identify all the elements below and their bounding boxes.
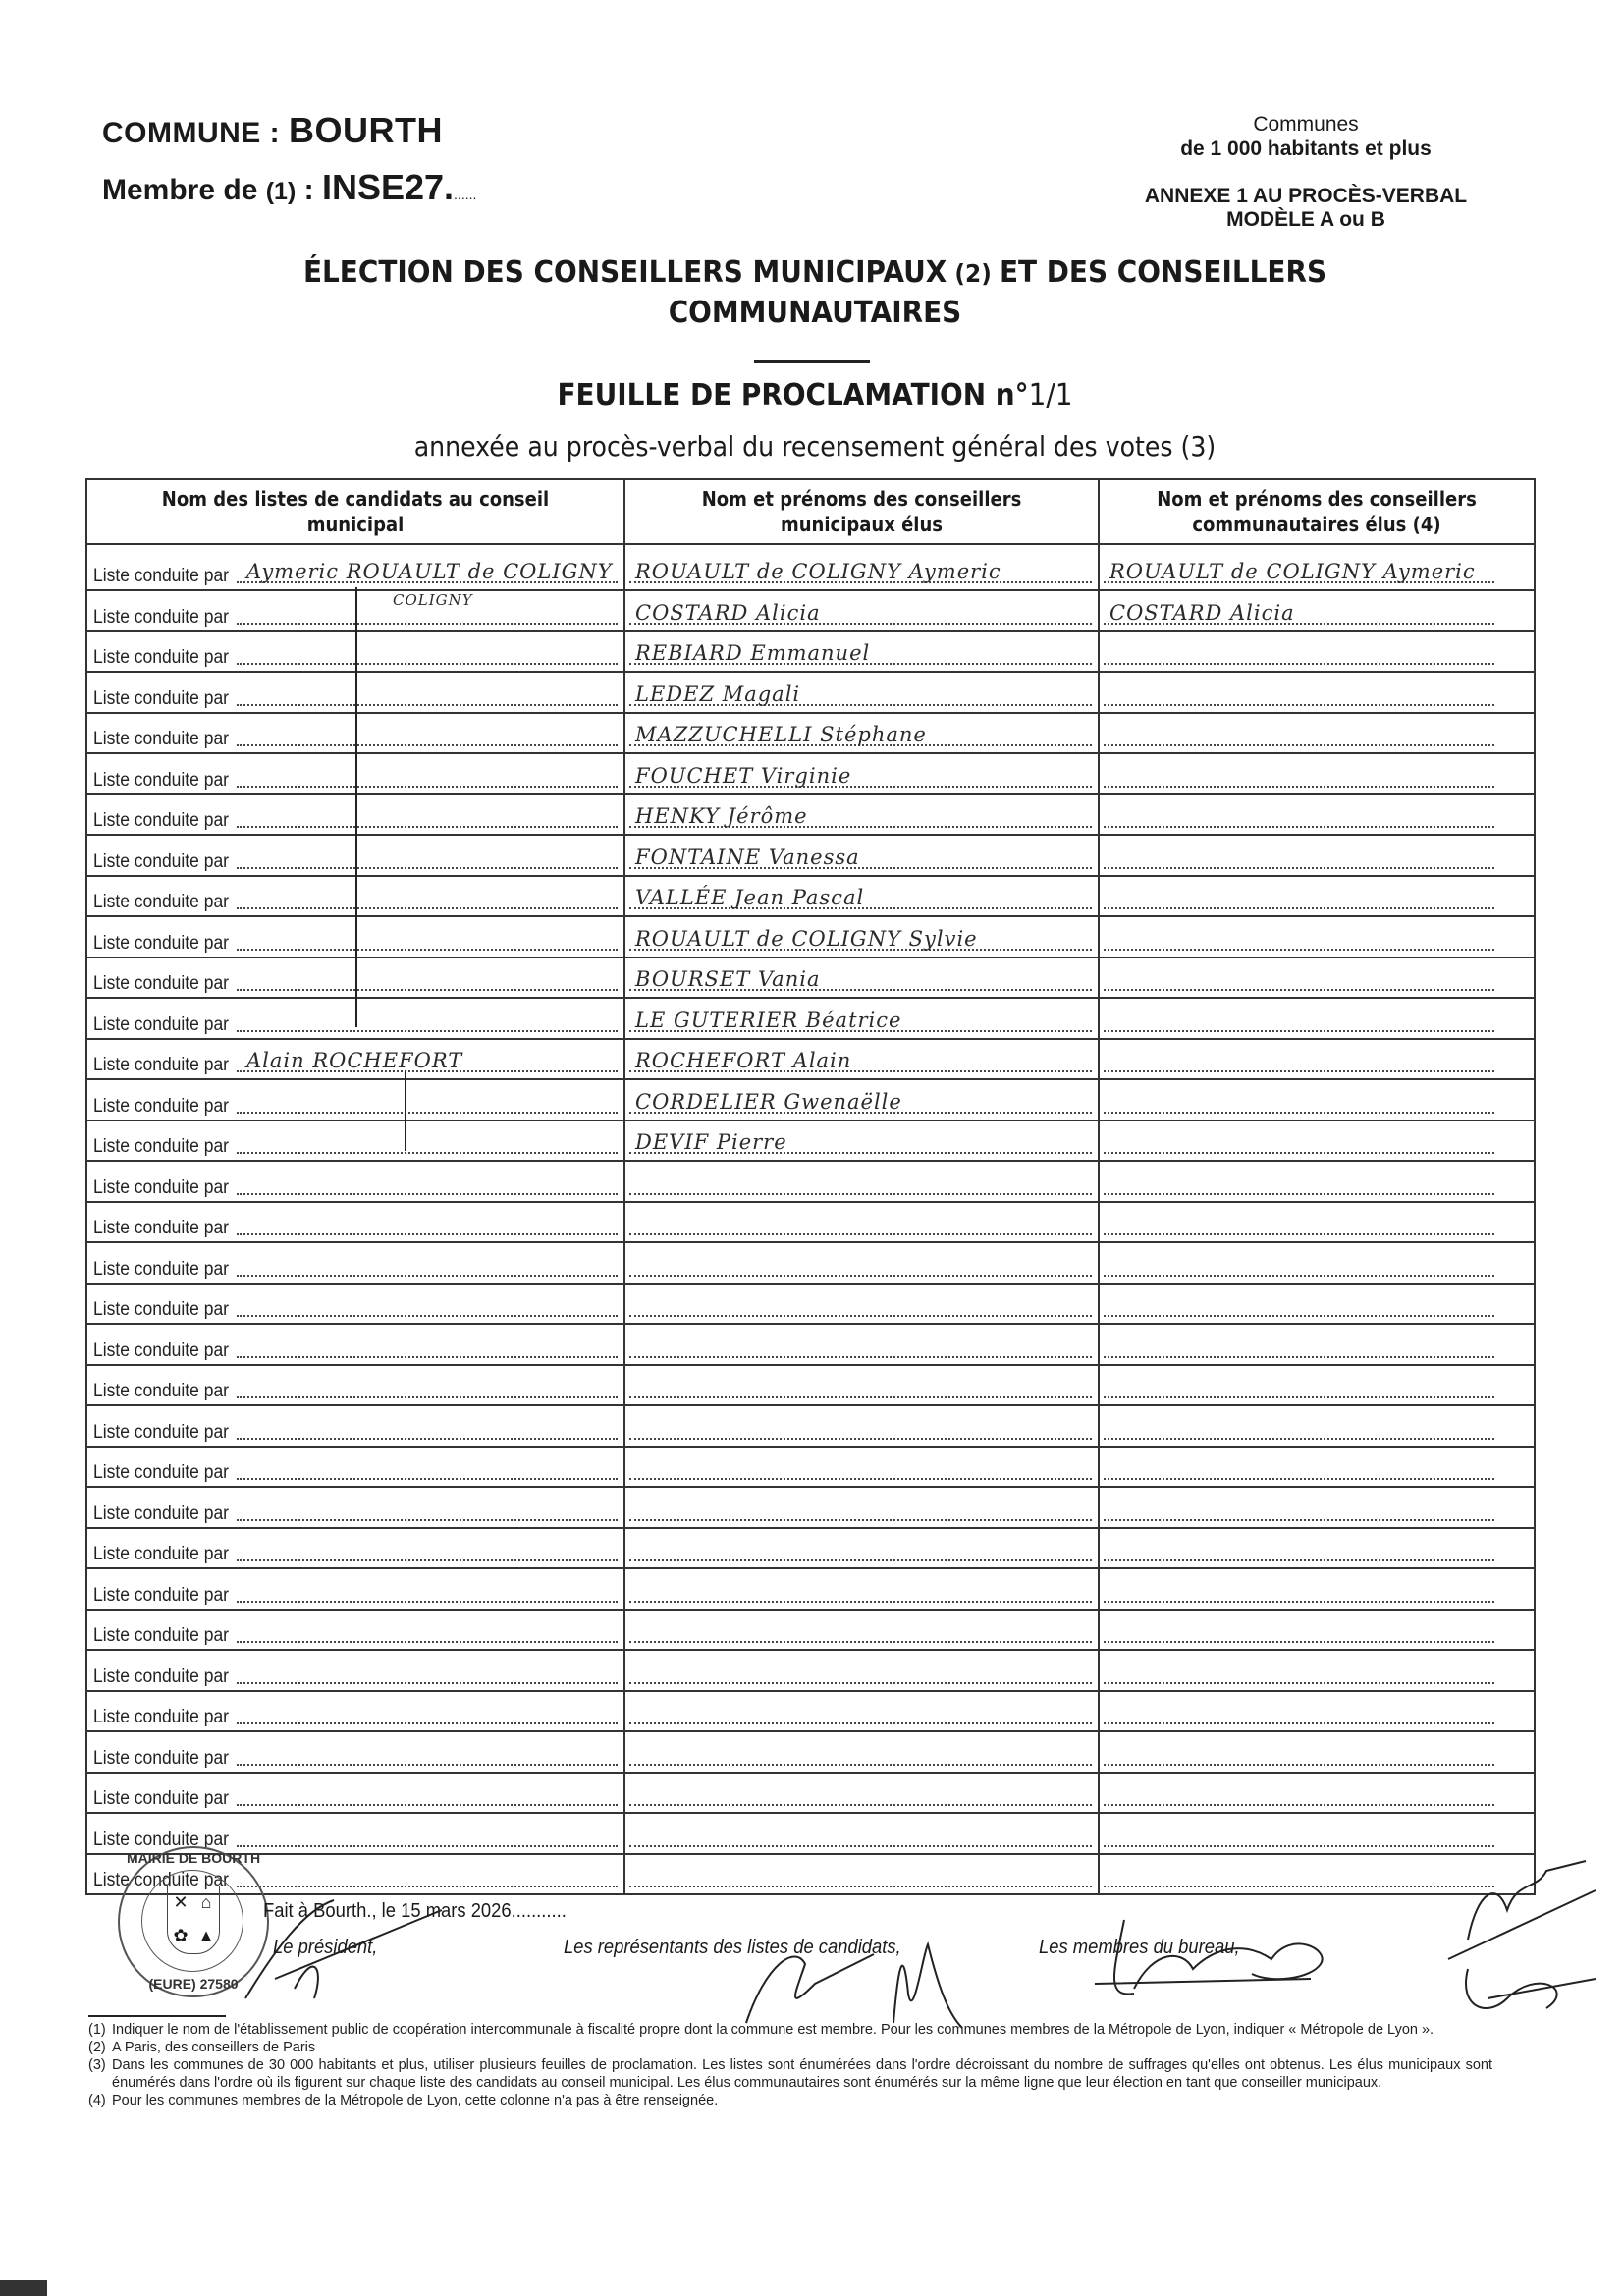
footnote-text: A Paris, des conseillers de Paris (112, 2039, 315, 2056)
list-row-label: Liste conduite par (93, 1625, 229, 1647)
title-line-1b: ET DES CONSEILLERS (1000, 255, 1326, 290)
municipal-cell: ROUAULT de COLIGNY Aymeric (624, 544, 1099, 590)
municipal-cell: LE GUTERIER Béatrice (624, 998, 1099, 1039)
list-row-label: Liste conduite par (93, 933, 229, 955)
municipal-cell: CORDELIER Gwenaëlle (624, 1079, 1099, 1121)
list-cell: Liste conduite par (86, 1568, 624, 1610)
table-row: Liste conduite par (86, 1284, 1535, 1325)
communautaire-cell (1099, 1691, 1535, 1732)
communautaire-cell (1099, 876, 1535, 917)
stamp-top-text: MAIRIE DE BOURTH (120, 1850, 267, 1866)
membre-line: Membre de (1) : INSE27....... (102, 167, 476, 208)
communautaire-cell (1099, 1242, 1535, 1284)
municipal-cell: ROCHEFORT Alain (624, 1039, 1099, 1080)
table-row: Liste conduite par (86, 1691, 1535, 1732)
communautaire-cell (1099, 1610, 1535, 1651)
title-line-1a: ÉLECTION DES CONSEILLERS MUNICIPAUX (303, 255, 947, 290)
municipal-cell (624, 1447, 1099, 1488)
table-row: Liste conduite par (86, 1447, 1535, 1488)
list-row-label: Liste conduite par (93, 1055, 229, 1076)
table-row: Liste conduite par (86, 1813, 1535, 1854)
membre-dots: ...... (454, 187, 476, 202)
table-row: Liste conduite parFOUCHET Virginie (86, 753, 1535, 794)
coat-of-arms-icon: ✕⌂✿▲ (167, 1886, 220, 1954)
municipal-cell (624, 1731, 1099, 1773)
municipal-cell (624, 1487, 1099, 1528)
municipal-cell (624, 1691, 1099, 1732)
footnote: (2)A Paris, des conseillers de Paris (88, 2039, 1492, 2056)
municipal-cell: FOUCHET Virginie (624, 753, 1099, 794)
communautaire-cell (1099, 1324, 1535, 1365)
list-row-label: Liste conduite par (93, 1422, 229, 1444)
list-row-label: Liste conduite par (93, 810, 229, 832)
table-row: Liste conduite parFONTAINE Vanessa (86, 835, 1535, 876)
municipal-cell (624, 1161, 1099, 1202)
communautaire-cell (1099, 1161, 1535, 1202)
communautaire-cell (1099, 1568, 1535, 1610)
list-cell: Liste conduite par (86, 1487, 624, 1528)
form-reference: Communes de 1 000 habitants et plus ANNE… (1100, 112, 1512, 232)
scope-line-1: Communes (1100, 112, 1512, 137)
list-cell: Liste conduite par (86, 1813, 624, 1854)
list-row-label: Liste conduite par (93, 851, 229, 873)
membre-value: INSE27. (322, 167, 454, 207)
footnotes: (1)Indiquer le nom de l'établissement pu… (88, 2021, 1492, 2109)
municipal-cell (624, 1528, 1099, 1569)
municipal-cell (624, 1284, 1099, 1325)
list-row-label: Liste conduite par (93, 1014, 229, 1036)
bureau-signature-2 (1429, 1851, 1615, 2018)
list-row-label: Liste conduite par (93, 1299, 229, 1321)
municipal-councillor-name: BOURSET Vania (635, 967, 820, 991)
footnote: (4)Pour les communes membres de la Métro… (88, 2092, 1492, 2109)
municipal-cell: FONTAINE Vanessa (624, 835, 1099, 876)
list-row-label: Liste conduite par (93, 1136, 229, 1158)
municipal-councillor-name: CORDELIER Gwenaëlle (635, 1090, 902, 1114)
table-row: Liste conduite parAlain ROCHEFORTROCHEFO… (86, 1039, 1535, 1080)
table-row: Liste conduite par (86, 1568, 1535, 1610)
table-row: Liste conduite parHENKY Jérôme (86, 794, 1535, 836)
municipal-cell (624, 1568, 1099, 1610)
list-row-label: Liste conduite par (93, 1218, 229, 1239)
table-row: Liste conduite par (86, 1202, 1535, 1243)
communautaire-cell (1099, 1039, 1535, 1080)
communautaire-cell (1099, 1773, 1535, 1814)
bureau-signature-1 (1075, 1890, 1419, 2008)
list-row-label: Liste conduite par (93, 1748, 229, 1770)
footnote-text: Indiquer le nom de l'établissement publi… (112, 2021, 1434, 2039)
table-row: Liste conduite par (86, 1610, 1535, 1651)
list-cell: Liste conduite par (86, 1202, 624, 1243)
list-cell: Liste conduite par (86, 1121, 624, 1162)
communautaire-cell: ROUAULT de COLIGNY Aymeric (1099, 544, 1535, 590)
table-row: Liste conduite parAymeric ROUAULT de COL… (86, 544, 1535, 590)
list-cell: Liste conduite par (86, 1079, 624, 1121)
membre-footnote-ref: (1) (266, 178, 297, 205)
list-head-name: Alain ROCHEFORT (246, 1049, 462, 1072)
municipal-cell: DEVIF Pierre (624, 1121, 1099, 1162)
municipal-councillor-name: MAZZUCHELLI Stéphane (635, 723, 927, 746)
communautaire-cell (1099, 794, 1535, 836)
municipal-cell: REBIARD Emmanuel (624, 631, 1099, 673)
municipal-cell (624, 1405, 1099, 1447)
list-cell: Liste conduite par (86, 1528, 624, 1569)
municipal-cell (624, 1365, 1099, 1406)
municipal-councillor-name: DEVIF Pierre (635, 1130, 787, 1154)
table-row: Liste conduite par (86, 1650, 1535, 1691)
municipal-cell: LEDEZ Magali (624, 672, 1099, 713)
municipal-cell (624, 1650, 1099, 1691)
list-row-label: Liste conduite par (93, 1096, 229, 1118)
commune-label: COMMUNE : (102, 117, 280, 149)
list-row-label: Liste conduite par (93, 770, 229, 792)
list-cell: Liste conduite par (86, 1365, 624, 1406)
list-row-label: Liste conduite par (93, 1667, 229, 1688)
list-cell: Liste conduite par (86, 1242, 624, 1284)
footnote-number: (2) (88, 2039, 112, 2056)
table-row: Liste conduite parVALLÉE Jean Pascal (86, 876, 1535, 917)
list-cell: Liste conduite parAymeric ROUAULT de COL… (86, 544, 624, 590)
list-row-label: Liste conduite par (93, 1788, 229, 1810)
communautaire-cell (1099, 835, 1535, 876)
table-row: Liste conduite parDEVIF Pierre (86, 1121, 1535, 1162)
communautaire-cell (1099, 1447, 1535, 1488)
annexe-line-2: MODÈLE A ou B (1100, 208, 1512, 232)
municipal-cell (624, 1610, 1099, 1651)
president-signature (236, 1890, 461, 2008)
communautaire-cell (1099, 1731, 1535, 1773)
column-header-communautaire: Nom et prénoms des conseillers communaut… (1099, 479, 1535, 544)
municipal-cell: HENKY Jérôme (624, 794, 1099, 836)
communautaire-cell (1099, 1284, 1535, 1325)
list-row-label: Liste conduite par (93, 892, 229, 913)
representatives-signature (727, 1925, 982, 2033)
municipal-councillor-name: REBIARD Emmanuel (635, 641, 870, 665)
list-cell: Liste conduite par (86, 1773, 624, 1814)
table-header-row: Nom des listes de candidats au conseil m… (86, 479, 1535, 544)
list-cell: Liste conduite par (86, 1405, 624, 1447)
table-row: Liste conduite par (86, 1773, 1535, 1814)
list-cell: Liste conduite par (86, 1691, 624, 1732)
list-cell: Liste conduite par (86, 1447, 624, 1488)
communautaire-cell (1099, 631, 1535, 673)
footnote-text: Pour les communes membres de la Métropol… (112, 2092, 718, 2109)
title-line-2: COMMUNAUTAIRES (240, 294, 1390, 333)
list-row-label: Liste conduite par (93, 1544, 229, 1565)
municipal-councillor-name: LEDEZ Magali (635, 683, 800, 706)
municipal-councillor-name: HENKY Jérôme (635, 804, 808, 828)
list-row-label: Liste conduite par (93, 1503, 229, 1525)
communautaire-councillor-name: COSTARD Alicia (1109, 601, 1295, 625)
table-row: Liste conduite parLEDEZ Magali (86, 672, 1535, 713)
list-row-label: Liste conduite par (93, 566, 229, 587)
document-title: ÉLECTION DES CONSEILLERS MUNICIPAUX (2) … (240, 253, 1390, 333)
list-row-label: Liste conduite par (93, 1177, 229, 1199)
table-row: Liste conduite par (86, 1242, 1535, 1284)
table-row: Liste conduite par (86, 1854, 1535, 1895)
list-group-bracket-1 (355, 587, 357, 1027)
proclamation-table: Nom des listes de candidats au conseil m… (85, 478, 1536, 1895)
municipal-cell (624, 1854, 1099, 1895)
municipal-cell: COSTARD Alicia (624, 590, 1099, 631)
municipal-cell: MAZZUCHELLI Stéphane (624, 713, 1099, 754)
list-cell: Liste conduite par (86, 1650, 624, 1691)
table-row: Liste conduite parLE GUTERIER Béatrice (86, 998, 1535, 1039)
municipal-councillor-name: ROCHEFORT Alain (635, 1049, 851, 1072)
scan-edge-mark (0, 2280, 47, 2296)
communautaire-cell (1099, 713, 1535, 754)
communautaire-cell (1099, 1650, 1535, 1691)
list-row-label: Liste conduite par (93, 973, 229, 995)
list-row-label: Liste conduite par (93, 1259, 229, 1281)
municipal-councillor-name: VALLÉE Jean Pascal (635, 886, 864, 909)
table-row: Liste conduite parBOURSET Vania (86, 957, 1535, 999)
table-row: Liste conduite parROUAULT de COLIGNY Syl… (86, 916, 1535, 957)
table-row: Liste conduite par (86, 1161, 1535, 1202)
membre-colon: : (296, 174, 322, 206)
communautaire-cell (1099, 1202, 1535, 1243)
municipal-councillor-name: FOUCHET Virginie (635, 764, 851, 788)
list-row-label: Liste conduite par (93, 688, 229, 710)
municipal-cell (624, 1202, 1099, 1243)
municipal-cell: ROUAULT de COLIGNY Sylvie (624, 916, 1099, 957)
communautaire-cell (1099, 1405, 1535, 1447)
table-row: Liste conduite par (86, 1324, 1535, 1365)
feuille-label: FEUILLE DE PROCLAMATION n° (557, 378, 1028, 412)
notes-separator (88, 2015, 226, 2017)
footnote-text: Dans les communes de 30 000 habitants et… (112, 2056, 1492, 2092)
footnote-number: (1) (88, 2021, 112, 2039)
feuille-number: 1/1 (1029, 378, 1073, 412)
feuille-title: FEUILLE DE PROCLAMATION n°1/1 (331, 378, 1299, 412)
municipal-cell (624, 1324, 1099, 1365)
communautaire-cell (1099, 998, 1535, 1039)
table-row: Liste conduite parREBIARD Emmanuel (86, 631, 1535, 673)
municipal-cell: VALLÉE Jean Pascal (624, 876, 1099, 917)
list-cell: Liste conduite par (86, 1610, 624, 1651)
communautaire-cell (1099, 916, 1535, 957)
list-row-label: Liste conduite par (93, 1585, 229, 1607)
municipal-councillor-name: ROUAULT de COLIGNY Sylvie (635, 927, 978, 951)
list-row-label: Liste conduite par (93, 647, 229, 669)
footnote: (3)Dans les communes de 30 000 habitants… (88, 2056, 1492, 2092)
list-row-label: Liste conduite par (93, 1381, 229, 1402)
communautaire-cell (1099, 1365, 1535, 1406)
communautaire-cell (1099, 1528, 1535, 1569)
communautaire-cell: COSTARD Alicia (1099, 590, 1535, 631)
list-row-label: Liste conduite par (93, 1462, 229, 1484)
communautaire-cell (1099, 1079, 1535, 1121)
title-footnote-ref: (2) (947, 259, 1000, 288)
list-row-label: Liste conduite par (93, 1707, 229, 1728)
footnote-number: (4) (88, 2092, 112, 2109)
municipal-cell: BOURSET Vania (624, 957, 1099, 999)
municipal-cell (624, 1813, 1099, 1854)
list-cell: Liste conduite par (86, 1284, 624, 1325)
table-row: Liste conduite par (86, 1528, 1535, 1569)
table-row: Liste conduite parCOSTARD AliciaCOSTARD … (86, 590, 1535, 631)
municipal-councillor-name: FONTAINE Vanessa (635, 846, 860, 869)
communautaire-cell (1099, 672, 1535, 713)
communautaire-cell (1099, 957, 1535, 999)
title-separator (754, 360, 870, 363)
municipal-cell (624, 1242, 1099, 1284)
table-row: Liste conduite par (86, 1731, 1535, 1773)
list-row-label: Liste conduite par (93, 1340, 229, 1362)
communautaire-cell (1099, 1487, 1535, 1528)
list-head-continuation: COLIGNY (393, 591, 473, 609)
list-row-label: Liste conduite par (93, 729, 229, 750)
column-header-municipal: Nom et prénoms des conseillers municipau… (624, 479, 1099, 544)
footnote-number: (3) (88, 2056, 112, 2092)
list-group-bracket-2 (405, 1070, 406, 1151)
table-row: Liste conduite par (86, 1405, 1535, 1447)
column-header-lists: Nom des listes de candidats au conseil m… (86, 479, 624, 544)
list-head-name: Aymeric ROUAULT de COLIGNY (246, 560, 613, 583)
scope-line-2: de 1 000 habitants et plus (1100, 137, 1512, 161)
list-cell: Liste conduite par (86, 1324, 624, 1365)
commune-value: BOURTH (289, 110, 443, 150)
municipal-cell (624, 1773, 1099, 1814)
footnote: (1)Indiquer le nom de l'établissement pu… (88, 2021, 1492, 2039)
communautaire-cell (1099, 1813, 1535, 1854)
municipal-councillor-name: LE GUTERIER Béatrice (635, 1009, 901, 1032)
communautaire-cell (1099, 753, 1535, 794)
table-row: Liste conduite parMAZZUCHELLI Stéphane (86, 713, 1535, 754)
list-row-label: Liste conduite par (93, 607, 229, 629)
list-cell: Liste conduite parAlain ROCHEFORT (86, 1039, 624, 1080)
subtitle: annexée au procès-verbal du recensement … (258, 430, 1372, 463)
communautaire-cell (1099, 1121, 1535, 1162)
annexe-line-1: ANNEXE 1 AU PROCÈS-VERBAL (1100, 185, 1512, 208)
commune-line: COMMUNE : BOURTH (102, 110, 443, 151)
municipal-councillor-name: COSTARD Alicia (635, 601, 821, 625)
communautaire-councillor-name: ROUAULT de COLIGNY Aymeric (1109, 560, 1476, 583)
table-row: Liste conduite par (86, 1365, 1535, 1406)
list-cell: Liste conduite par (86, 1731, 624, 1773)
table-row: Liste conduite par (86, 1487, 1535, 1528)
list-cell: Liste conduite par (86, 1161, 624, 1202)
membre-label: Membre de (102, 174, 257, 206)
municipal-councillor-name: ROUAULT de COLIGNY Aymeric (635, 560, 1001, 583)
table-row: Liste conduite parCORDELIER Gwenaëlle (86, 1079, 1535, 1121)
